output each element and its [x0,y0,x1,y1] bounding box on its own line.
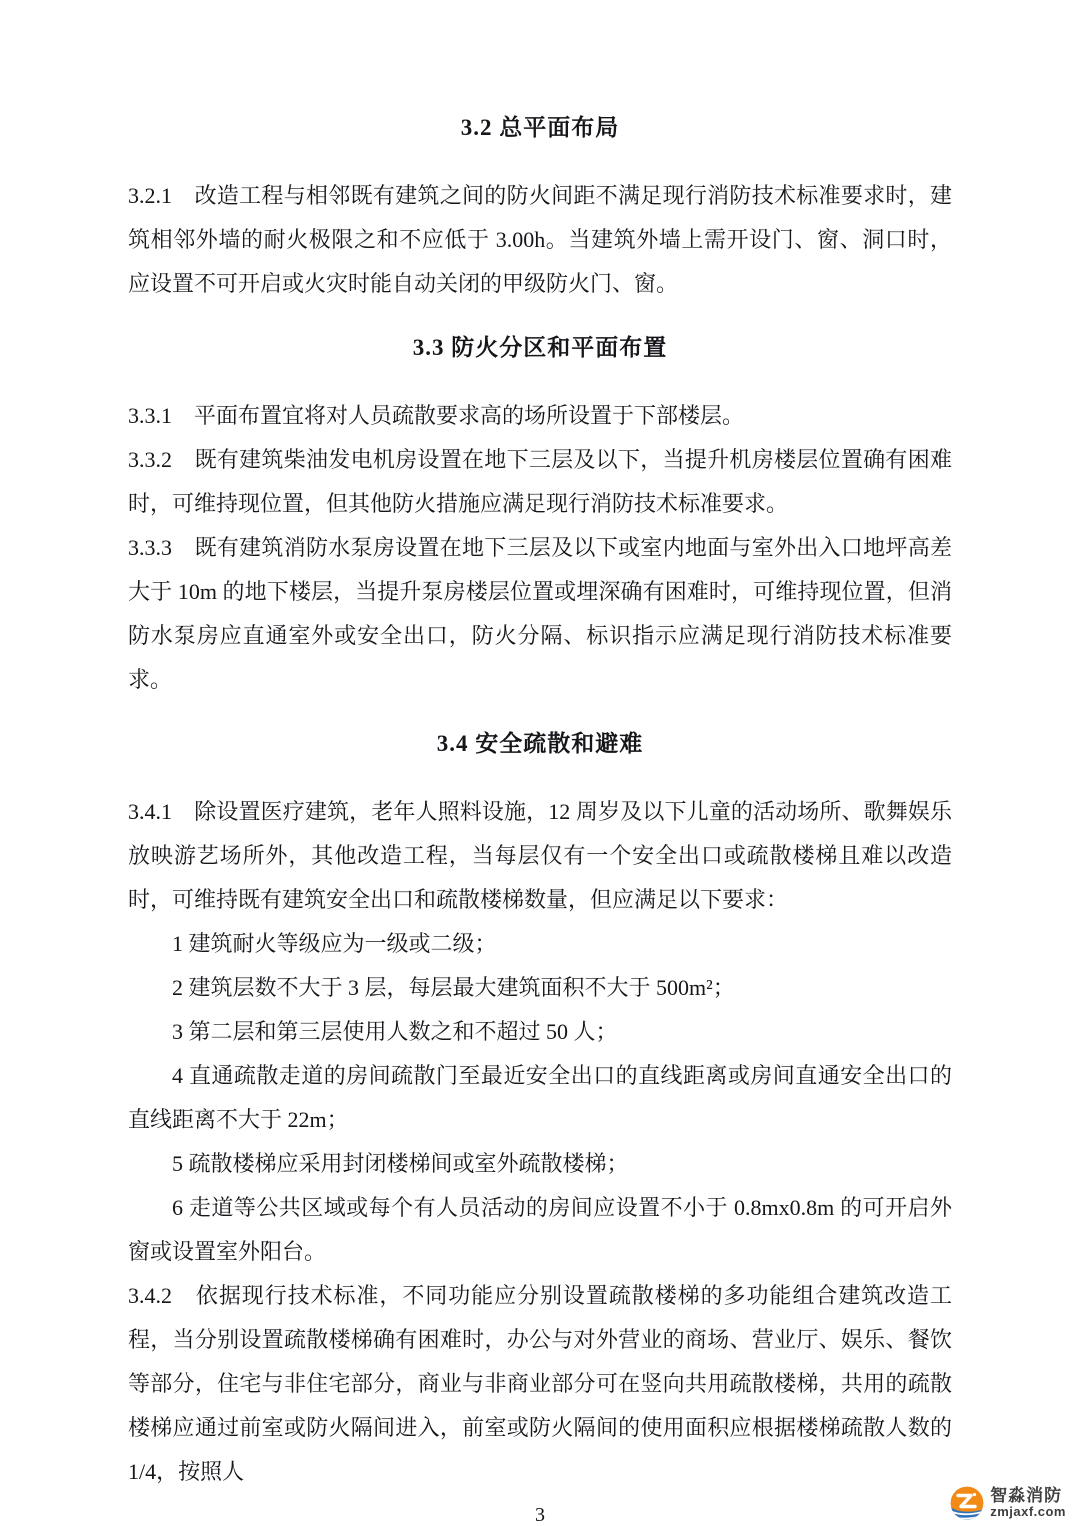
clause-3-3-2: 3.3.2 既有建筑柴油发电机房设置在地下三层及以下，当提升机房楼层位置确有困难… [128,438,952,526]
section-heading-3-4: 3.4 安全疏散和避难 [128,722,952,766]
requirement-item-5: 5 疏散楼梯应采用封闭楼梯间或室外疏散楼梯； [128,1142,952,1186]
requirement-item-2: 2 建筑层数不大于 3 层，每层最大建筑面积不大于 500m²； [128,966,952,1010]
brand-text: 智淼消防 zmjaxf.com [990,1487,1066,1518]
clause-3-3-3: 3.3.3 既有建筑消防水泵房设置在地下三层及以下或室内地面与室外出入口地坪高差… [128,526,952,702]
brand-watermark: 智淼消防 zmjaxf.com [950,1486,1066,1520]
clause-3-2-1: 3.2.1 改造工程与相邻既有建筑之间的防火间距不满足现行消防技术标准要求时，建… [128,174,952,306]
document-page: 3.2 总平面布局 3.2.1 改造工程与相邻既有建筑之间的防火间距不满足现行消… [0,0,1080,1526]
requirement-item-4: 4 直通疏散走道的房间疏散门至最近安全出口的直线距离或房间直通安全出口的直线距离… [128,1054,952,1142]
requirement-item-1: 1 建筑耐火等级应为一级或二级； [128,922,952,966]
requirement-item-6: 6 走道等公共区域或每个有人员活动的房间应设置不小于 0.8mx0.8m 的可开… [128,1186,952,1274]
flame-z-logo-icon [950,1486,984,1520]
page-number: 3 [128,1498,952,1526]
clause-3-3-1: 3.3.1 平面布置宜将对人员疏散要求高的场所设置于下部楼层。 [128,394,952,438]
brand-domain: zmjaxf.com [990,1505,1066,1519]
clause-3-4-2: 3.4.2 依据现行技术标准，不同功能应分别设置疏散楼梯的多功能组合建筑改造工程… [128,1274,952,1494]
section-heading-3-2: 3.2 总平面布局 [128,106,952,150]
brand-name: 智淼消防 [990,1487,1066,1505]
clause-3-4-1: 3.4.1 除设置医疗建筑，老年人照料设施，12 周岁及以下儿童的活动场所、歌舞… [128,790,952,922]
section-heading-3-3: 3.3 防火分区和平面布置 [128,326,952,370]
requirement-item-3: 3 第二层和第三层使用人数之和不超过 50 人； [128,1010,952,1054]
